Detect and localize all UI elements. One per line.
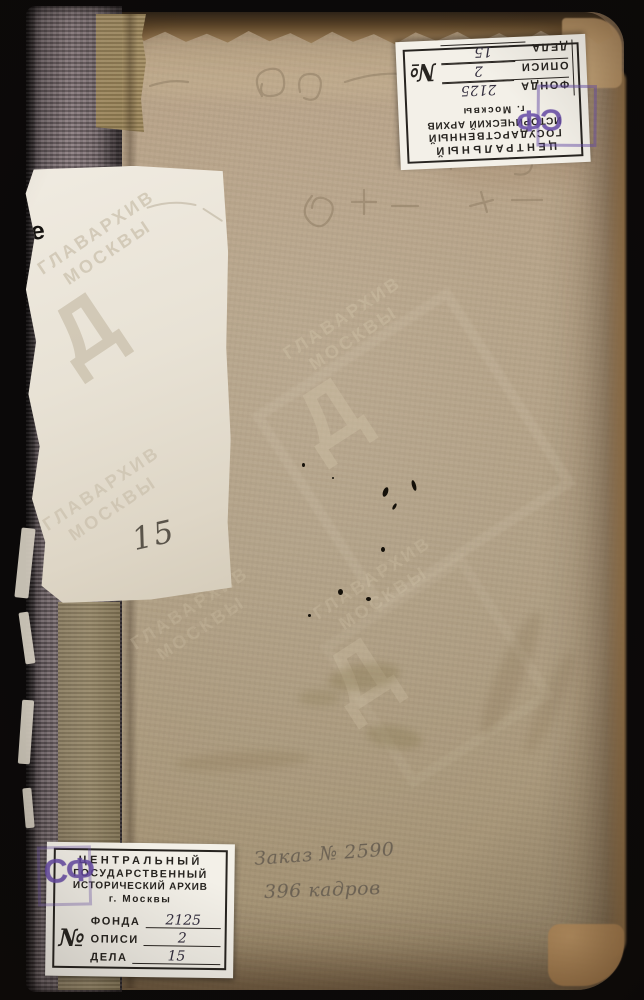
glavarkhiv-logo-icon: Д	[41, 229, 212, 373]
field-label: ФОНДА	[91, 915, 141, 928]
ink-spot	[308, 614, 311, 617]
field-value-handwritten: 2	[441, 61, 515, 78]
pasted-white-label: ГЛАВАРХИВ МОСКВЫ Д ГЛАВАРХИВ МОСКВЫ е 15	[19, 165, 235, 604]
archive-stamp-label-bottom: ЦЕНТРАЛЬНЫЙ ГОСУДАРСТВЕННЫЙ ИСТОРИЧЕСКИЙ…	[45, 842, 235, 979]
field-row-opis: ОПИСИ 2	[91, 927, 221, 947]
field-value-handwritten: 15	[440, 42, 525, 60]
number-sign: №	[409, 57, 442, 87]
field-value-handwritten: 2	[144, 932, 221, 947]
sf-stamp: СФ	[517, 101, 563, 139]
archive-stamp-label-top: ЦЕНТРАЛЬНЫЙ ГОСУДАРСТВЕННЫЙ ИСТОРИЧЕСКИЙ…	[395, 34, 590, 170]
faint-marks	[19, 179, 230, 242]
ink-spot	[332, 477, 334, 479]
archive-fields: № ФОНДА 2125 ОПИСИ 2 ДЕЛА 15	[58, 908, 221, 964]
ink-spot	[302, 463, 305, 467]
field-value-handwritten: 2125	[145, 914, 221, 929]
field-row-delo: ДЕЛА 15	[90, 945, 220, 965]
sf-stamp: СФ	[42, 851, 94, 893]
field-value-handwritten: 15	[133, 949, 221, 964]
number-sign: №	[58, 923, 90, 952]
frame-count-handwriting: 396 кадров	[264, 877, 381, 903]
archival-cover-photo: ГЛАВАРХИВ МОСКВЫ Д ГЛАВАРХИВ МОСКВЫ Д ГЛ…	[0, 0, 644, 1000]
field-row-fond: ФОНДА 2125	[91, 909, 221, 929]
ink-spot	[381, 547, 385, 552]
field-label: ДЕЛА	[90, 951, 127, 964]
ink-spot	[338, 589, 343, 595]
field-value-handwritten: 2125	[442, 80, 515, 97]
ink-spot	[366, 597, 371, 601]
field-label: ОПИСИ	[91, 933, 139, 946]
field-label: ОПИСИ	[520, 59, 569, 73]
case-number-pencil: 15	[129, 513, 179, 558]
field-label: ДЕЛА	[530, 40, 568, 54]
